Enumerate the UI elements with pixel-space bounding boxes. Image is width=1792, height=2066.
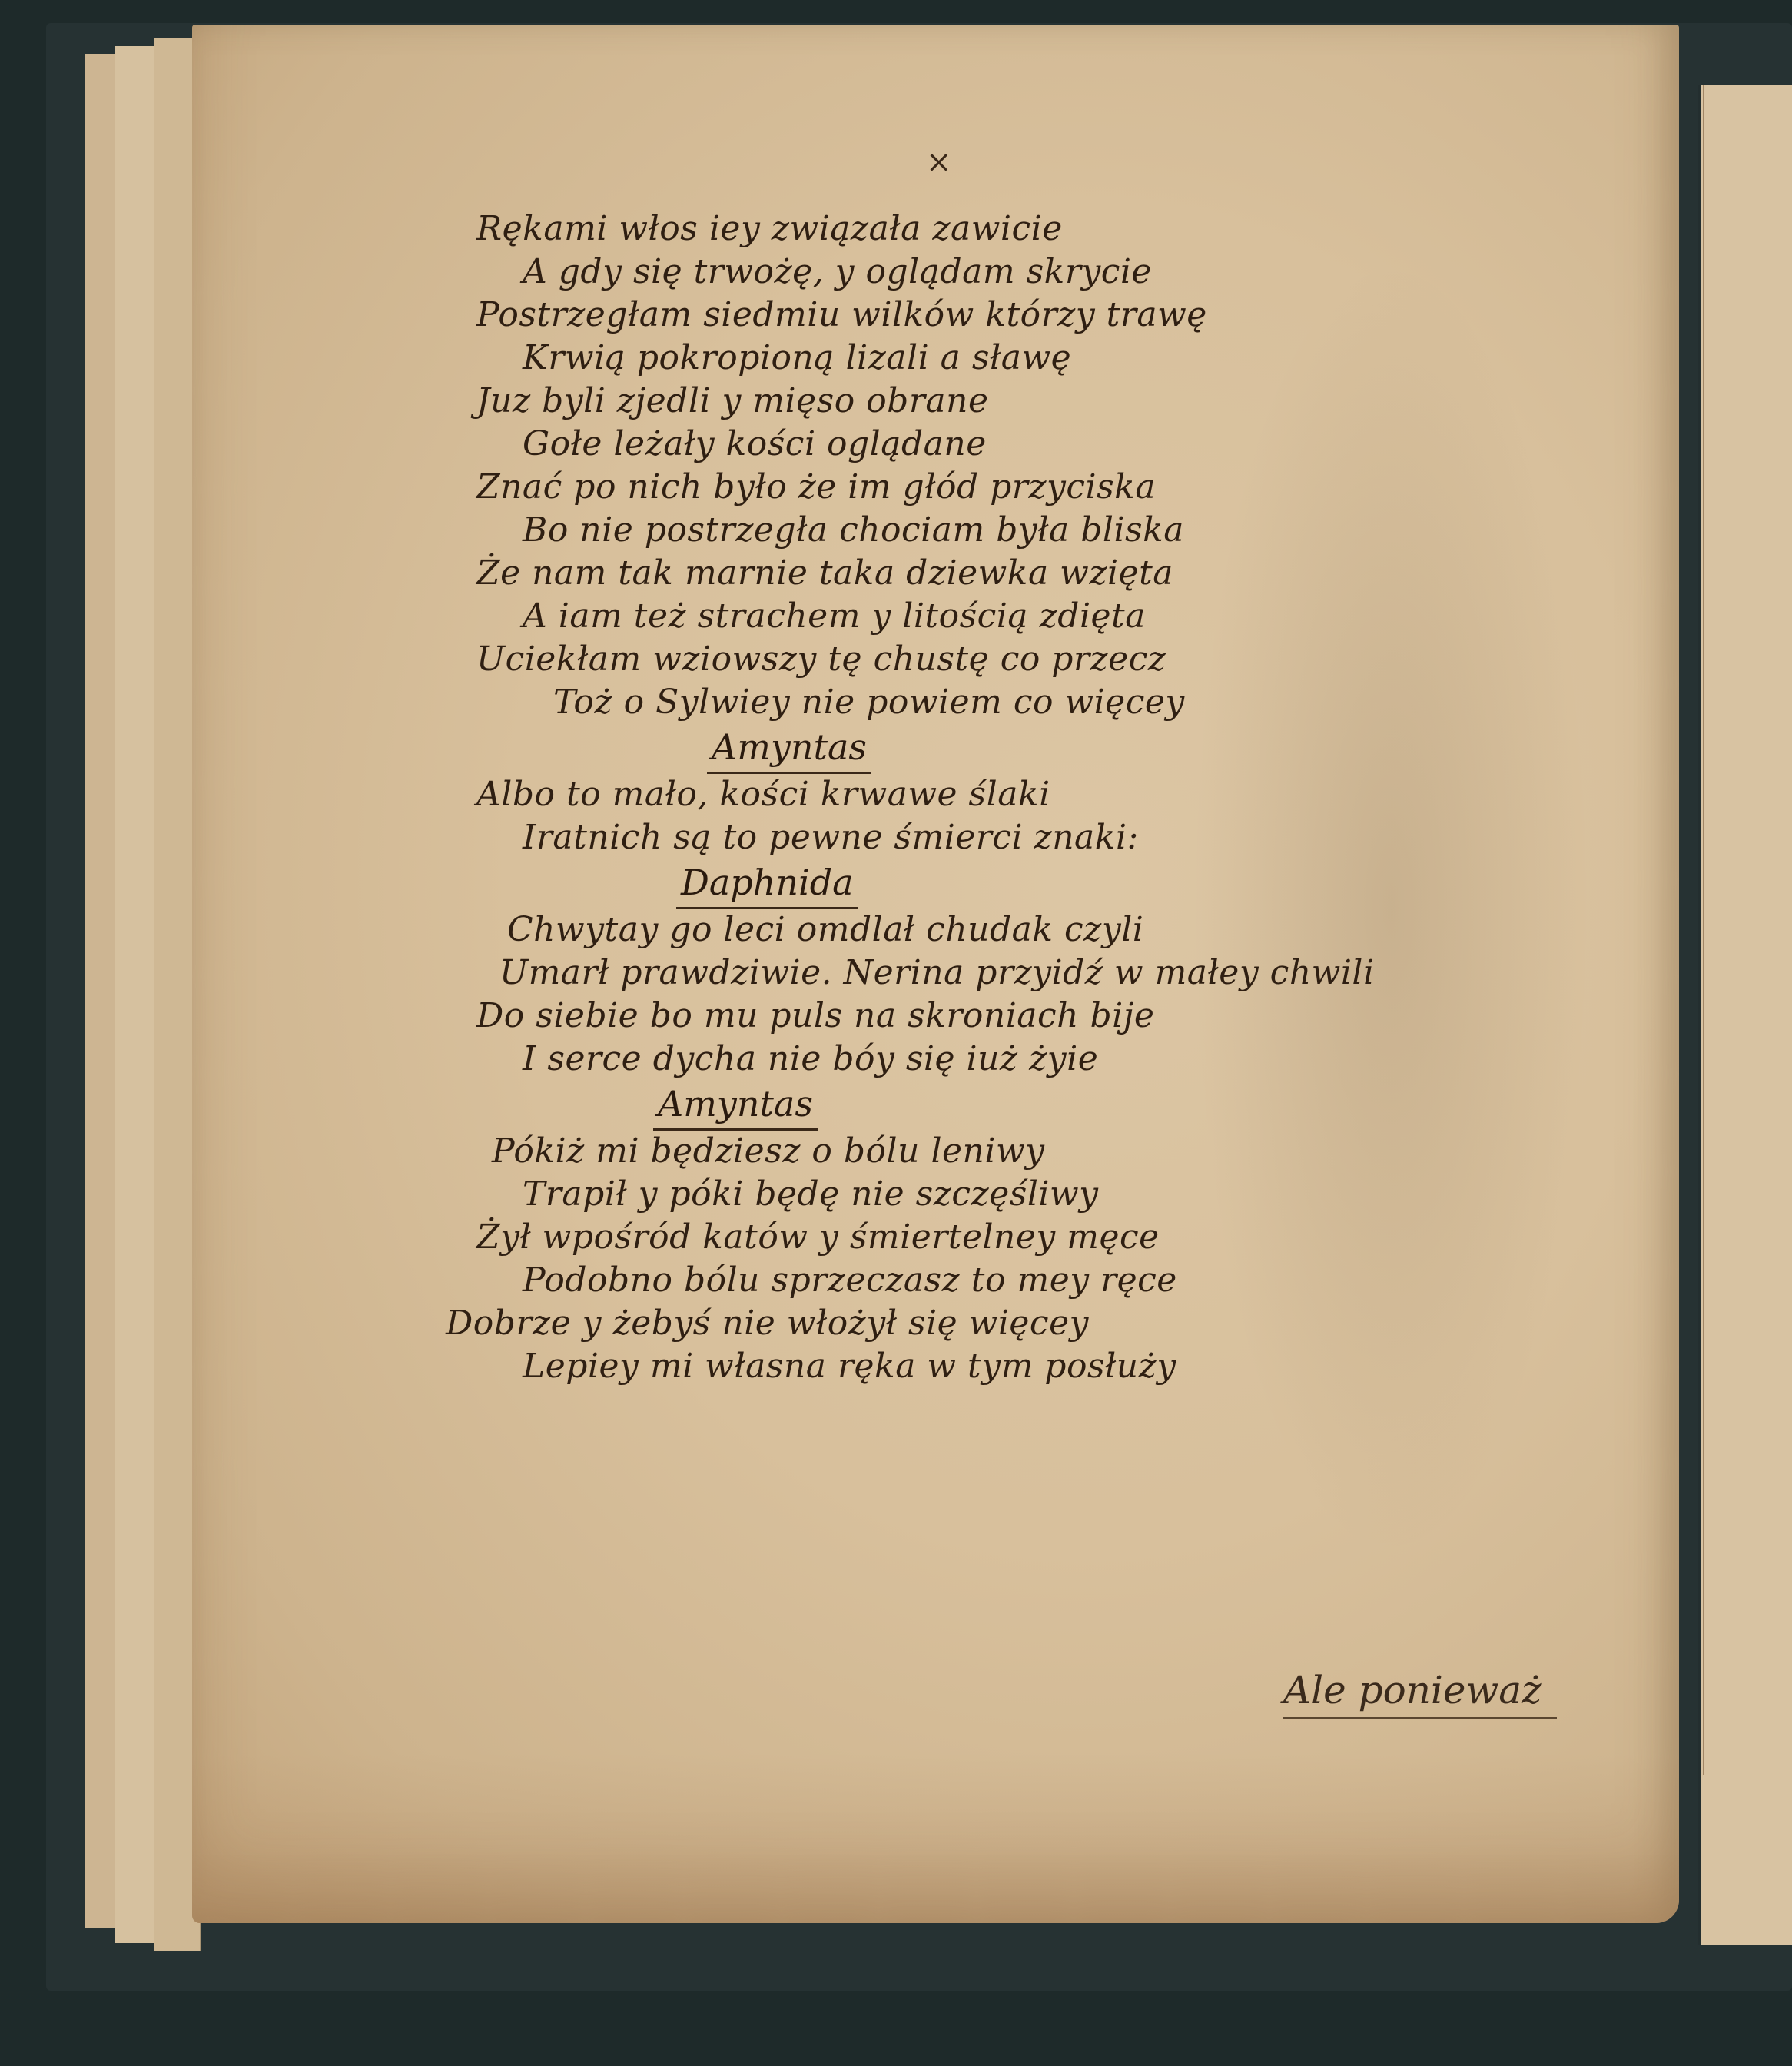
verse-line: Krwią pokropioną lizali a sławę (476, 337, 1399, 380)
verse-line: Juz byli zjedli y mięso obrane (476, 380, 1399, 423)
verse-line: Pókiż mi będziesz o bólu leniwy (476, 1130, 1399, 1173)
speaker-heading-row: Daphnida (476, 859, 1399, 908)
speaker-name: Amyntas (653, 1081, 818, 1131)
verse-line: Rękami włos iey związała zawicie (476, 208, 1399, 251)
verse-line: Gołe leżały kości oglądane (476, 423, 1399, 466)
verse-line: Toż o Sylwiey nie powiem co więcey (476, 681, 1399, 724)
verse-line: Bo nie postrzegła chociam była bliska (476, 509, 1399, 552)
verse-line: A iam też strachem y litością zdięta (476, 595, 1399, 638)
verse-line: Lepiey mi własna ręka w tym posłuży (476, 1345, 1399, 1388)
verse-line: Umarł prawdziwie. Nerina przyidź w małey… (476, 952, 1399, 995)
speaker-name: Daphnida (676, 859, 858, 909)
verse-line: Dobrze y żebyś nie włożył się więcey (446, 1302, 1399, 1345)
verse-line: Żył wpośród katów y śmiertelney męce (476, 1216, 1399, 1259)
verse-line: Trapił y póki będę nie szczęśliwy (476, 1173, 1399, 1216)
verse-line: Że nam tak marnie taka dziewka wzięta (476, 552, 1399, 595)
speaker-name: Amyntas (707, 724, 871, 774)
verse-line: Postrzegłam siedmiu wilków którzy trawę (476, 294, 1399, 337)
gutter-fold (1703, 85, 1704, 1775)
verse-line: Chwytay go leci omdlał chudak czyli (476, 908, 1399, 952)
verse-line: Albo to mało, kości krwawe ślaki (476, 773, 1399, 816)
verse-block: Rękami włos iey związała zawicie A gdy s… (476, 208, 1399, 1388)
verse-line: Znać po nich było że im głód przyciska (476, 466, 1399, 509)
speaker-heading-row: Amyntas (476, 1081, 1399, 1130)
verse-line: Podobno bólu sprzeczasz to mey ręce (476, 1259, 1399, 1302)
facing-page-edge (1698, 85, 1792, 1945)
verse-line: Do siebie bo mu puls na skroniach bije (476, 995, 1399, 1038)
verse-line: Iratnich są to pewne śmierci znaki: (476, 816, 1399, 859)
catchword: Ale ponieważ (1283, 1668, 1557, 1719)
verse-line: A gdy się trwożę, y oglądam skrycie (476, 251, 1399, 294)
speaker-heading-row: Amyntas (476, 724, 1399, 773)
verse-line: I serce dycha nie bóy się iuż żyie (476, 1038, 1399, 1081)
verse-line: Uciekłam wziowszy tę chustę co przecz (476, 638, 1399, 681)
folio-mark: × (926, 144, 952, 180)
